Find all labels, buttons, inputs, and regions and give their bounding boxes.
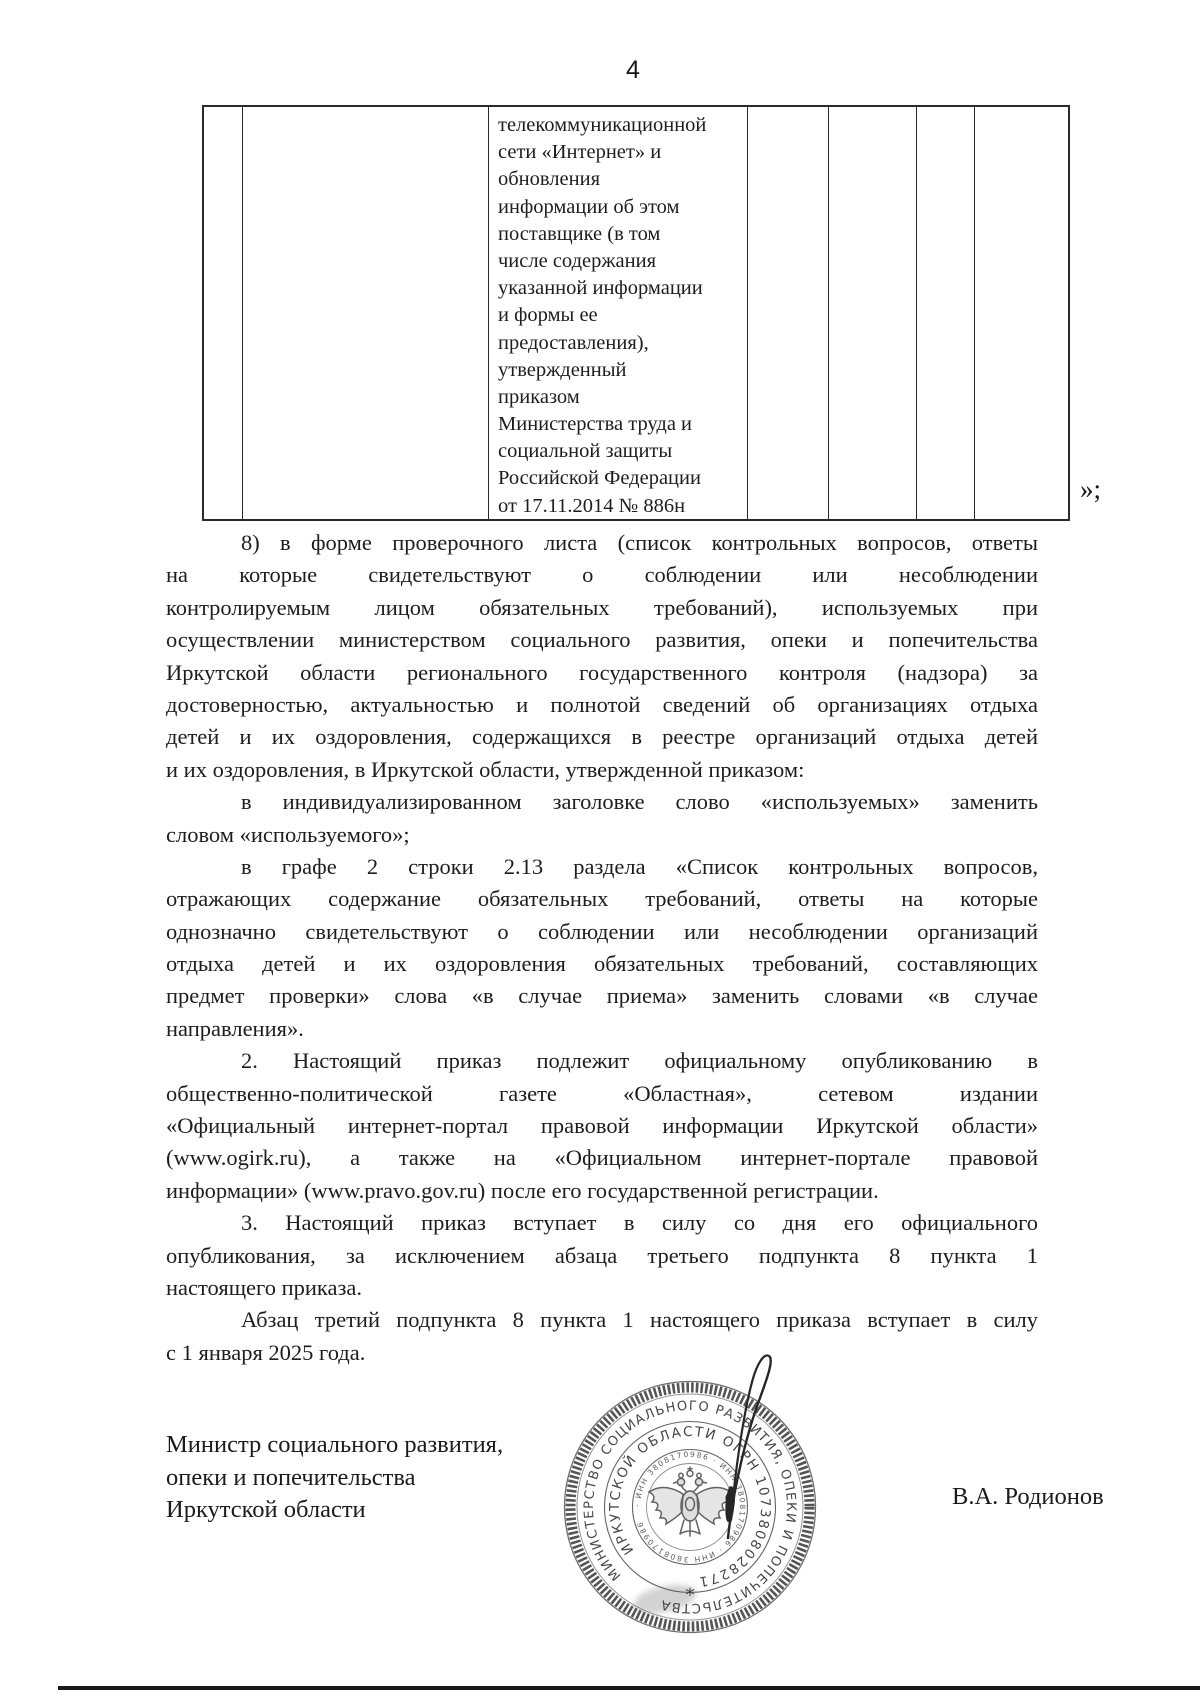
paragraph: 8) в форме проверочного листа (список ко… xyxy=(166,527,1038,786)
text-line: настоящего приказа. xyxy=(166,1272,1038,1304)
document-page: 4 телекоммуникационнойсети «Интернет» ио… xyxy=(0,0,1200,1697)
bottom-scan-line xyxy=(58,1686,1200,1690)
table-cell-line: Министерства труда и xyxy=(498,411,743,438)
paragraph: в индивидуализированном заголовке слово … xyxy=(166,786,1038,851)
text-line: на которые свидетельствуют о соблюдении … xyxy=(166,559,1038,591)
text-line: 2. Настоящий приказ подлежит официальном… xyxy=(166,1045,1038,1077)
text-line: общественно-политической газете «Областн… xyxy=(166,1078,1038,1110)
text-line: 3. Настоящий приказ вступает в силу со д… xyxy=(166,1207,1038,1239)
text-line: и их оздоровления, в Иркутской области, … xyxy=(166,754,1038,786)
text-line: информации» (www.pravo.gov.ru) после его… xyxy=(166,1175,1038,1207)
table-fragment: телекоммуникационнойсети «Интернет» иобн… xyxy=(202,105,1070,521)
page-number: 4 xyxy=(626,56,640,85)
text-line: направления». xyxy=(166,1013,1038,1045)
signature-title-line: Иркутской области xyxy=(166,1494,503,1527)
text-line: в индивидуализированном заголовке слово … xyxy=(166,786,1038,818)
table-cell-line: поставщике (в том xyxy=(498,221,743,248)
table-cell-empty-3 xyxy=(748,107,829,519)
signature-title-line: Министр социального развития, xyxy=(166,1429,503,1462)
text-line: однозначно свидетельствуют о соблюдении … xyxy=(166,916,1038,948)
signature-name: В.А. Родионов xyxy=(952,1483,1104,1511)
text-line: предмет проверки» слова «в случае приема… xyxy=(166,980,1038,1012)
paragraph: 3. Настоящий приказ вступает в силу со д… xyxy=(166,1207,1038,1304)
coat-of-arms-eagle xyxy=(649,1467,731,1536)
text-line: отражающих содержание обязательных требо… xyxy=(166,883,1038,915)
table-cell-empty-2 xyxy=(243,107,489,519)
table-cell-empty-1 xyxy=(204,107,243,519)
text-line: 8) в форме проверочного листа (список ко… xyxy=(166,527,1038,559)
text-line: отдыха детей и их оздоровления обязатель… xyxy=(166,948,1038,980)
table-cell-empty-4 xyxy=(829,107,917,519)
body-text: 8) в форме проверочного листа (список ко… xyxy=(166,527,1038,1369)
table-cell-line: телекоммуникационной xyxy=(498,112,743,139)
table-cell-line: предоставления), xyxy=(498,330,743,357)
stamp-star: * xyxy=(685,1585,695,1607)
text-line: «Официальный интернет-портал правовой ин… xyxy=(166,1110,1038,1142)
text-line: опубликования, за исключением абзаца тре… xyxy=(166,1240,1038,1272)
paragraph: в графе 2 строки 2.13 раздела «Список ко… xyxy=(166,851,1038,1045)
table-cell-line: сети «Интернет» и xyxy=(498,139,743,166)
text-line: (www.ogirk.ru), а также на «Официальном … xyxy=(166,1142,1038,1174)
table-cell-line: от 17.11.2014 № 886н xyxy=(498,493,743,520)
signature-title-line: опеки и попечительства xyxy=(166,1462,503,1495)
text-line: достоверностью, актуальностью и полнотой… xyxy=(166,689,1038,721)
table-cell-line: и формы ее xyxy=(498,302,743,329)
table-cell-empty-6 xyxy=(975,107,1068,519)
table-cell-line: социальной защиты xyxy=(498,438,743,465)
table-cell-empty-5 xyxy=(917,107,975,519)
signature-title: Министр социального развития,опеки и поп… xyxy=(166,1429,503,1527)
table-cell-line: числе содержания xyxy=(498,248,743,275)
table-cell-line: указанной информации xyxy=(498,275,743,302)
text-line: Иркутской области регионального государс… xyxy=(166,657,1038,689)
text-line: словом «используемого»; xyxy=(166,819,1038,851)
table-cell-line: информации об этом xyxy=(498,194,743,221)
closing-quote-mark: »; xyxy=(1080,474,1101,505)
official-stamp: МИНИСТЕРСТВО СОЦИАЛЬНОГО РАЗВИТИЯ, ОПЕКИ… xyxy=(540,1352,850,1670)
text-line: в графе 2 строки 2.13 раздела «Список ко… xyxy=(166,851,1038,883)
text-line: контролируемым лицом обязательных требов… xyxy=(166,592,1038,624)
paragraph: 2. Настоящий приказ подлежит официальном… xyxy=(166,1045,1038,1207)
text-line: осуществлении министерством социального … xyxy=(166,624,1038,656)
table-cell-line: утвержденный xyxy=(498,357,743,384)
table-cell-line: приказом xyxy=(498,384,743,411)
text-line: детей и их оздоровления, содержащихся в … xyxy=(166,721,1038,753)
table-cell-line: обновления xyxy=(498,166,743,193)
table-cell-text: телекоммуникационнойсети «Интернет» иобн… xyxy=(489,107,748,519)
text-line: Абзац третий подпункта 8 пункта 1 настоя… xyxy=(166,1304,1038,1336)
table-cell-line: Российской Федерации xyxy=(498,465,743,492)
